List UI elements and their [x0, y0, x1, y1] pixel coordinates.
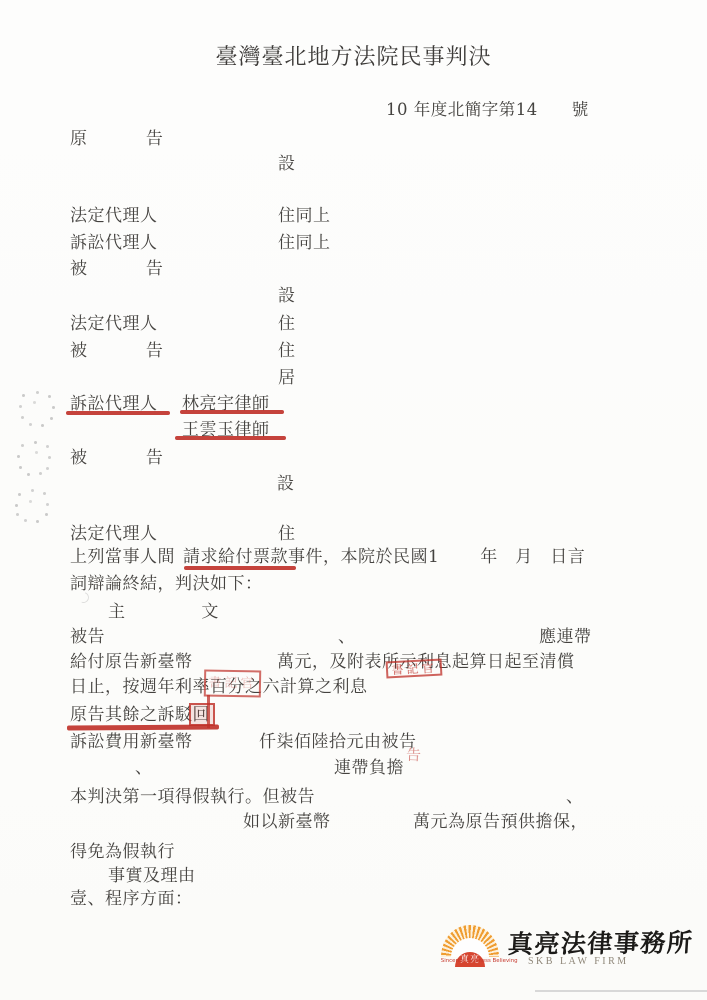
verdict-row8-left: 如以新臺幣: [243, 813, 331, 833]
verdict-row7-left: 本判決第一項得假執行。但被告: [70, 788, 315, 808]
margin-scan-marks-3: [31, 505, 34, 508]
case-number: 10 年度北簡字第14 號: [386, 101, 589, 120]
red-box-over-character: [189, 703, 215, 726]
preamble-pre: 上列當事人間: [70, 547, 175, 567]
page-title: 臺灣臺北地方法院民事判決: [0, 45, 707, 70]
preamble-line-2: 詞辯論終結，判決如下：: [70, 575, 263, 595]
facts-heading: 事實及理由: [108, 867, 196, 887]
legal-representative-label-1: 法定代理人: [70, 207, 158, 227]
margin-scan-marks-1: [36, 408, 39, 411]
residence-marker-3: 居: [278, 369, 296, 389]
residence-same-as-above-2: 住同上: [278, 234, 331, 254]
verdict-row5-right: 仟柒佰陸拾元由被告: [259, 733, 417, 753]
verdict-row7-separator: 、: [566, 788, 584, 808]
facts-section-1: 壹、程序方面：: [70, 890, 193, 910]
red-underline-attorney-1: [180, 410, 284, 414]
defendant-label-1: 被 告: [70, 260, 163, 280]
residence-marker-2: 住: [278, 342, 296, 362]
scan-edge-line: [535, 990, 707, 992]
lawfirm-name-english: SKB LAW FIRM: [528, 956, 629, 967]
clerk-stamp: 書記官: [386, 659, 443, 679]
red-character-fragment: 告: [406, 744, 422, 766]
verdict-row1-separator: 、: [338, 628, 356, 648]
cause-of-action: 請求給付票款: [183, 547, 288, 567]
lawfirm-tagline: Sincerity Kindness Believing: [441, 957, 499, 963]
defendant-label-2: 被 告: [70, 342, 163, 362]
legal-representative-label-2: 法定代理人: [70, 315, 158, 335]
residence-marker-4: 住: [278, 525, 296, 545]
red-underline-litigation-rep: [66, 411, 170, 415]
legal-representative-label-3: 法定代理人: [70, 525, 158, 545]
verdict-row6-separator: 、: [135, 759, 153, 779]
defendant-label-3: 被 告: [70, 449, 163, 469]
lawfirm-logo: 真亮 Sincerity Kindness Believing: [441, 925, 499, 967]
verdict-row6-jointly-bear: 連帶負擔: [334, 759, 404, 779]
main-text-heading: 主 文: [108, 603, 219, 623]
residence-marker-1: 住: [278, 315, 296, 335]
court-judgment-page: 臺灣臺北地方法院民事判決 10 年度北簡字第14 號 原 告 設 法定代理人 住…: [0, 0, 707, 1000]
registered-address-marker-1: 設: [278, 155, 296, 175]
preamble-post: 事件，本院於民國1 年 月 日言: [288, 547, 585, 567]
verdict-row5-left: 訴訟費用新臺幣: [70, 733, 193, 753]
litigation-representative-label-1: 訴訟代理人: [70, 234, 158, 254]
residence-same-as-above-1: 住同上: [278, 207, 331, 227]
verdict-row1-defendant: 被告: [70, 628, 105, 648]
registered-address-marker-2: 設: [278, 287, 296, 307]
verdict-row2-left: 給付原告新臺幣: [70, 653, 193, 673]
red-underline-attorney-2: [175, 436, 286, 440]
verdict-row1-jointly: 應連帶: [539, 628, 592, 648]
plaintiff-label: 原 告: [70, 130, 163, 150]
verdict-row9: 得免為假執行: [70, 843, 175, 863]
preamble-line-1: 上列當事人間請求給付票款事件，本院於民國1 年 月 日言: [70, 548, 585, 568]
margin-scan-marks-2: [33, 457, 36, 460]
verdict-row8-right: 萬元為原告預供擔保，: [413, 813, 588, 833]
faint-red-stamp: 書記官: [204, 670, 261, 698]
registered-address-marker-3: 設: [277, 475, 295, 495]
